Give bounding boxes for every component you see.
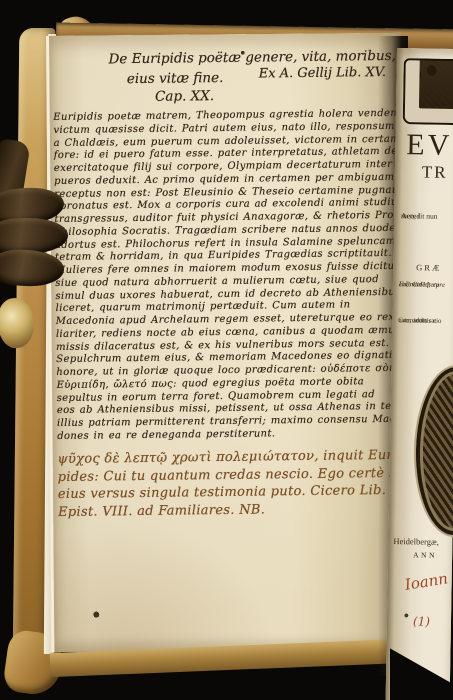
title-fragment-euripidis: EV [406,128,453,163]
headpiece-ornament [403,58,453,125]
text-line: Epist. VIII. ad Familiares. NB. [58,499,394,521]
manuscript-heading-chapter: Cap. XX. [155,88,214,105]
text-line: uata, additis e [398,316,436,327]
graece-label: GRÆ [416,262,442,272]
text-line: cis, nitideq́; cu [399,280,439,291]
imprint-anno: ANN [413,550,437,559]
manuscript-body-lines: Euripidis poetæ matrem, Theopompus agres… [53,108,401,444]
inscription-date-fragment: (1) [413,614,430,628]
ownership-inscription: Ioann [404,569,450,594]
imprint-city: Heidelbergæ, [393,536,439,547]
manuscript-heading-line2: eius vitæ fine. [127,70,224,87]
printed-title-page: EV TR Accedit nunmen, i GRÆ Latinam inte… [386,48,453,700]
book-photograph: De Euripidis poëtæ genere, vita, moribus… [0,0,453,700]
text-line: men, i [401,211,420,221]
printer-device-ornament [415,366,453,535]
manuscript-cicero-note-lines: ψῦχος δὲ λεπτῷ χρωτὶ πολεμιώτατον, inqui… [57,447,394,521]
manuscript-heading-source: Ex A. Gellij Lib. XV. [259,65,386,82]
title-fragment-tragoediae: TR [422,162,448,182]
